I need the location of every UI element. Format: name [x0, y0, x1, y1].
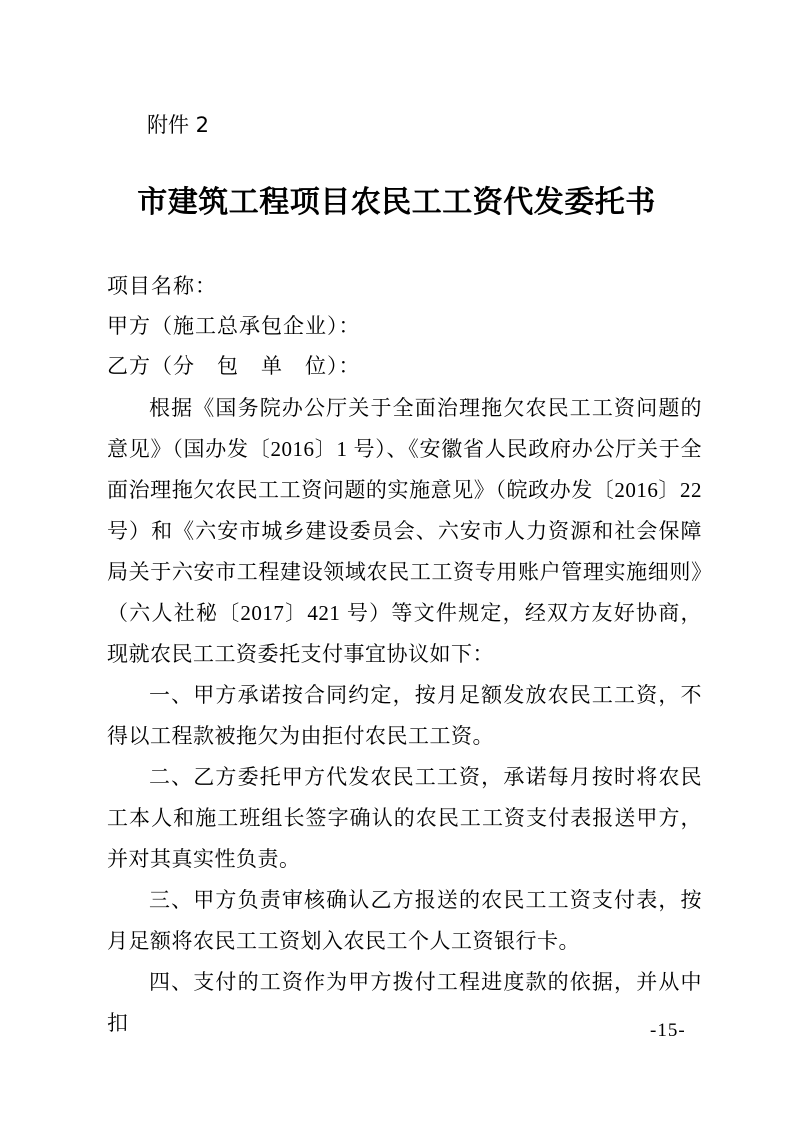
- project-name-field: 项目名称：: [107, 266, 702, 306]
- party-a-field: 甲方（施工总承包企业）：: [107, 306, 702, 346]
- document-body: 项目名称： 甲方（施工总承包企业）： 乙方（分 包 单 位）： 根据《国务院办公…: [107, 266, 702, 1044]
- body-paragraph-clause-3: 三、甲方负责审核确认乙方报送的农民工工资支付表，按月足额将农民工工资划入农民工个…: [107, 880, 702, 962]
- page-number: -15-: [650, 1020, 686, 1042]
- fields-block: 项目名称： 甲方（施工总承包企业）： 乙方（分 包 单 位）：: [107, 266, 702, 386]
- body-paragraph-clause-4: 四、支付的工资作为甲方拨付工程进度款的依据，并从中扣: [107, 962, 702, 1044]
- party-b-field: 乙方（分 包 单 位）：: [107, 346, 702, 386]
- document-title: 市建筑工程项目农民工工资代发委托书: [0, 184, 793, 222]
- attachment-label: 附件 2: [147, 110, 209, 140]
- body-paragraph-basis: 根据《国务院办公厅关于全面治理拖欠农民工工资问题的意见》（国办发〔2016〕1 …: [107, 388, 702, 675]
- body-paragraph-clause-2: 二、乙方委托甲方代发农民工工资，承诺每月按时将农民工本人和施工班组长签字确认的农…: [107, 757, 702, 880]
- document-page: 附件 2 市建筑工程项目农民工工资代发委托书 项目名称： 甲方（施工总承包企业）…: [0, 0, 793, 1122]
- body-paragraph-clause-1: 一、甲方承诺按合同约定，按月足额发放农民工工资，不得以工程款被拖欠为由拒付农民工…: [107, 675, 702, 757]
